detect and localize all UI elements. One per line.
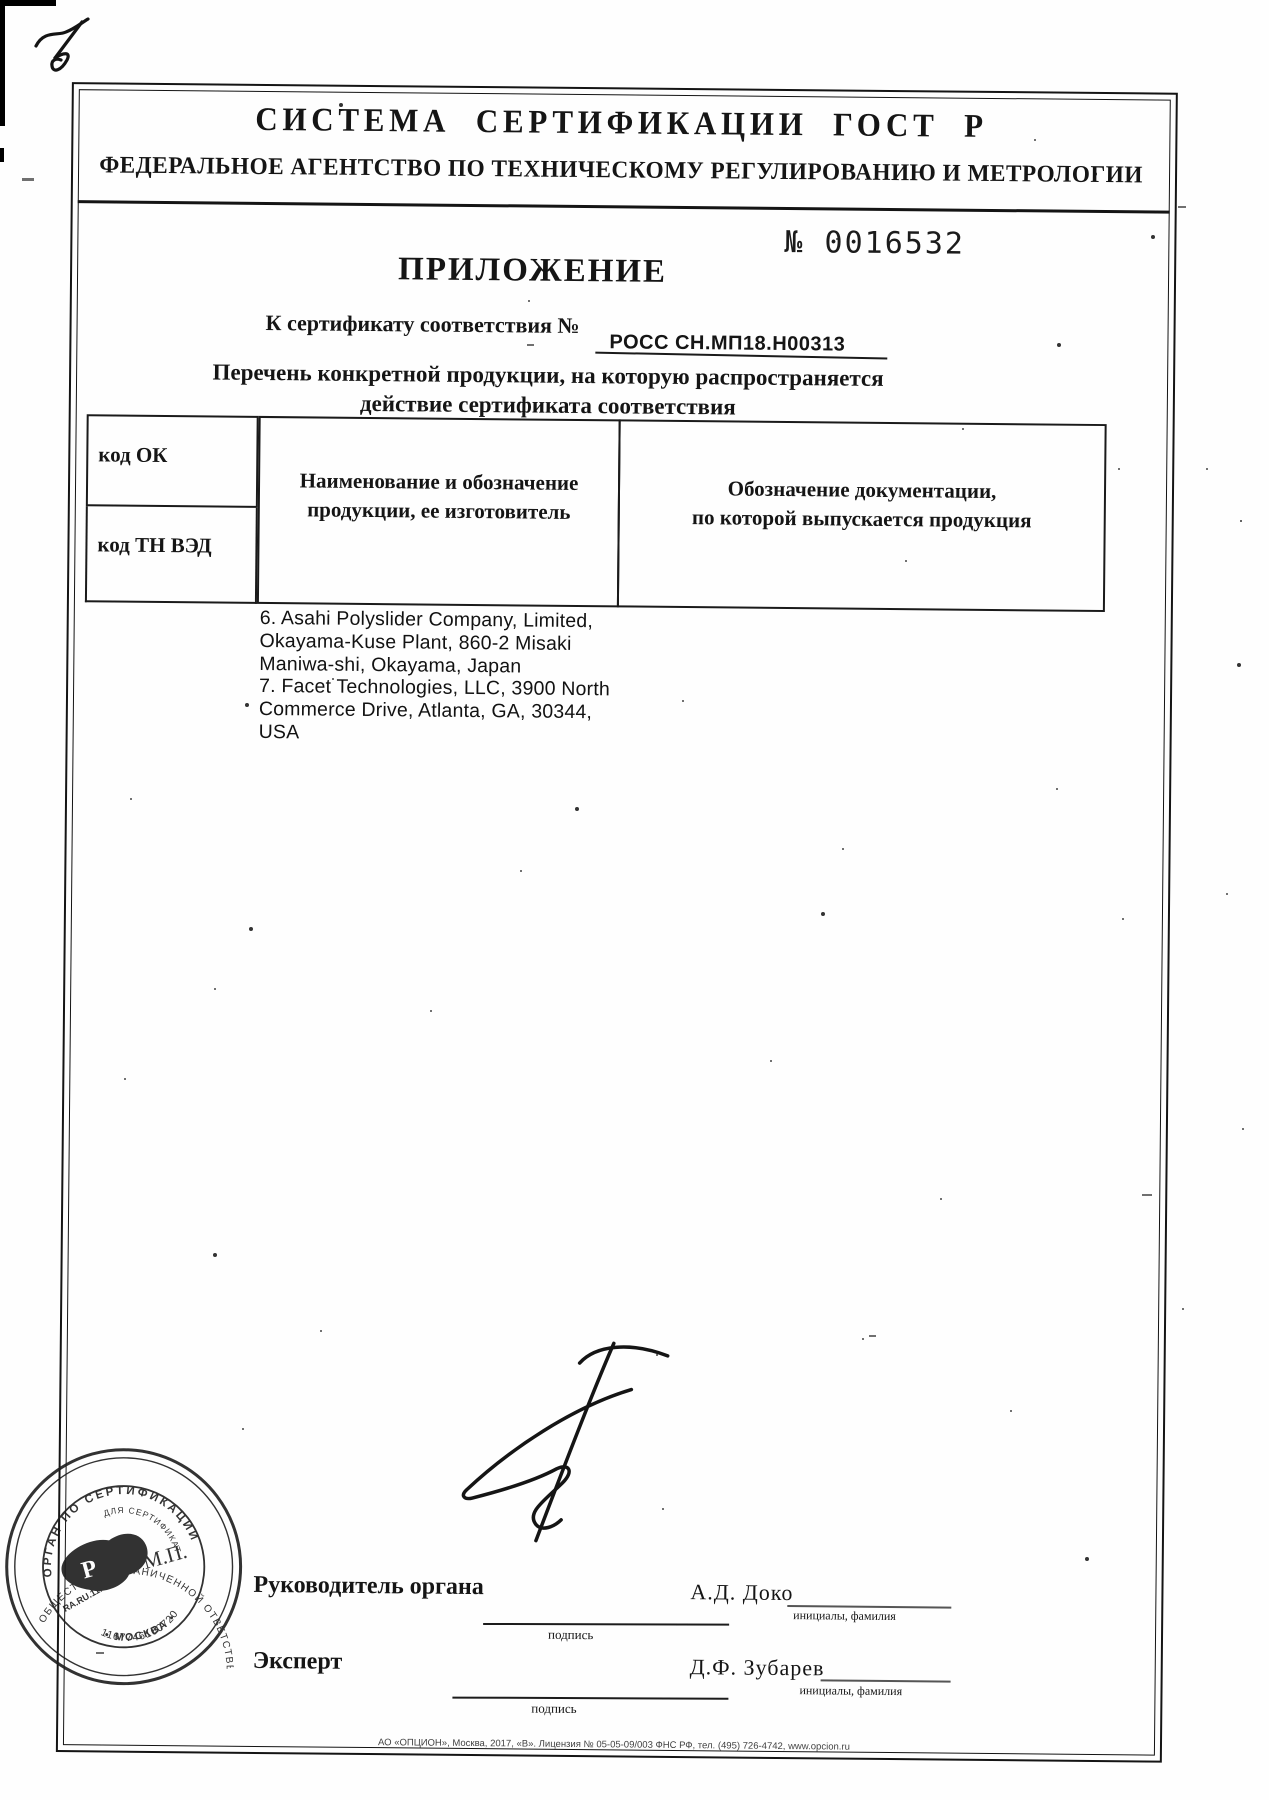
product-name-header-line2: продукции, ее изготовитель <box>260 495 618 527</box>
scan-dash <box>22 178 34 181</box>
product-name-header-cell: Наименование и обозначение продукции, ее… <box>257 416 621 607</box>
code-ok-header-cell: код ОК <box>86 414 259 508</box>
documentation-header-line2: по которой выпускается продукция <box>620 502 1104 536</box>
document-title: ПРИЛОЖЕНИЕ <box>398 251 667 291</box>
certificate-number-label: К сертификату соответствия № <box>265 310 579 339</box>
manufacturer-line: Commerce Drive, Atlanta, GA, 30344, <box>259 698 610 724</box>
manufacturer-line: USA <box>259 721 610 747</box>
expert-name: Д.Ф. Зубарев <box>690 1654 825 1681</box>
code-column: код ОК код ТН ВЭД <box>85 414 259 604</box>
manufacturer-line: Okayama-Kuse Plant, 860-2 Misaki <box>259 630 610 656</box>
documentation-header-cell: Обозначение документации, по которой вып… <box>617 419 1107 612</box>
head-signature-caption: подпись <box>548 1627 593 1643</box>
form-number: № 0016532 <box>784 225 965 262</box>
scan-edge-artifact <box>0 148 4 162</box>
manufacturer-line: 6. Asahi Polyslider Company, Limited, <box>260 607 611 633</box>
stamp-seal-mark-text: М.П. <box>140 1539 189 1574</box>
manufacturer-list: 6. Asahi Polyslider Company, Limited, Ok… <box>259 607 611 747</box>
product-name-header-line1: Наименование и обозначение <box>260 466 618 498</box>
handwritten-signature <box>414 1331 696 1564</box>
head-name: А.Д. Доко <box>690 1579 793 1606</box>
product-list-subtitle: Перечень конкретной продукции, на котору… <box>175 357 922 424</box>
manufacturer-line: Maniwa-shi, Okayama, Japan <box>259 653 610 679</box>
scan-noise-speckles <box>0 0 2 2</box>
expert-name-caption: инициалы, фамилия <box>799 1683 902 1699</box>
expert-signature-caption: подпись <box>531 1701 576 1717</box>
head-name-caption: инициалы, фамилия <box>793 1608 896 1624</box>
product-table: код ОК код ТН ВЭД Наименование и обознач… <box>85 414 1107 612</box>
scan-edge-artifact <box>0 0 56 6</box>
product-table-header: код ОК код ТН ВЭД Наименование и обознач… <box>85 414 1107 612</box>
documentation-header-line1: Обозначение документации, <box>620 473 1104 507</box>
head-of-body-role-label: Руководитель органа <box>253 1572 484 1601</box>
certificate-appendix-document: СИСТЕМА СЕРТИФИКАЦИИ ГОСТ Р ФЕДЕРАЛЬНОЕ … <box>44 72 1184 1773</box>
scanned-certificate-page: СИСТЕМА СЕРТИФИКАЦИИ ГОСТ Р ФЕДЕРАЛЬНОЕ … <box>0 0 1269 1800</box>
scan-edge-artifact <box>0 0 5 126</box>
certificate-number-value: РОСС CH.МП18.Н00313 <box>609 331 845 356</box>
manufacturer-line: 7. Facet Technologies, LLC, 3900 North <box>259 675 610 701</box>
code-tn-ved-header-cell: код ТН ВЭД <box>85 506 258 604</box>
